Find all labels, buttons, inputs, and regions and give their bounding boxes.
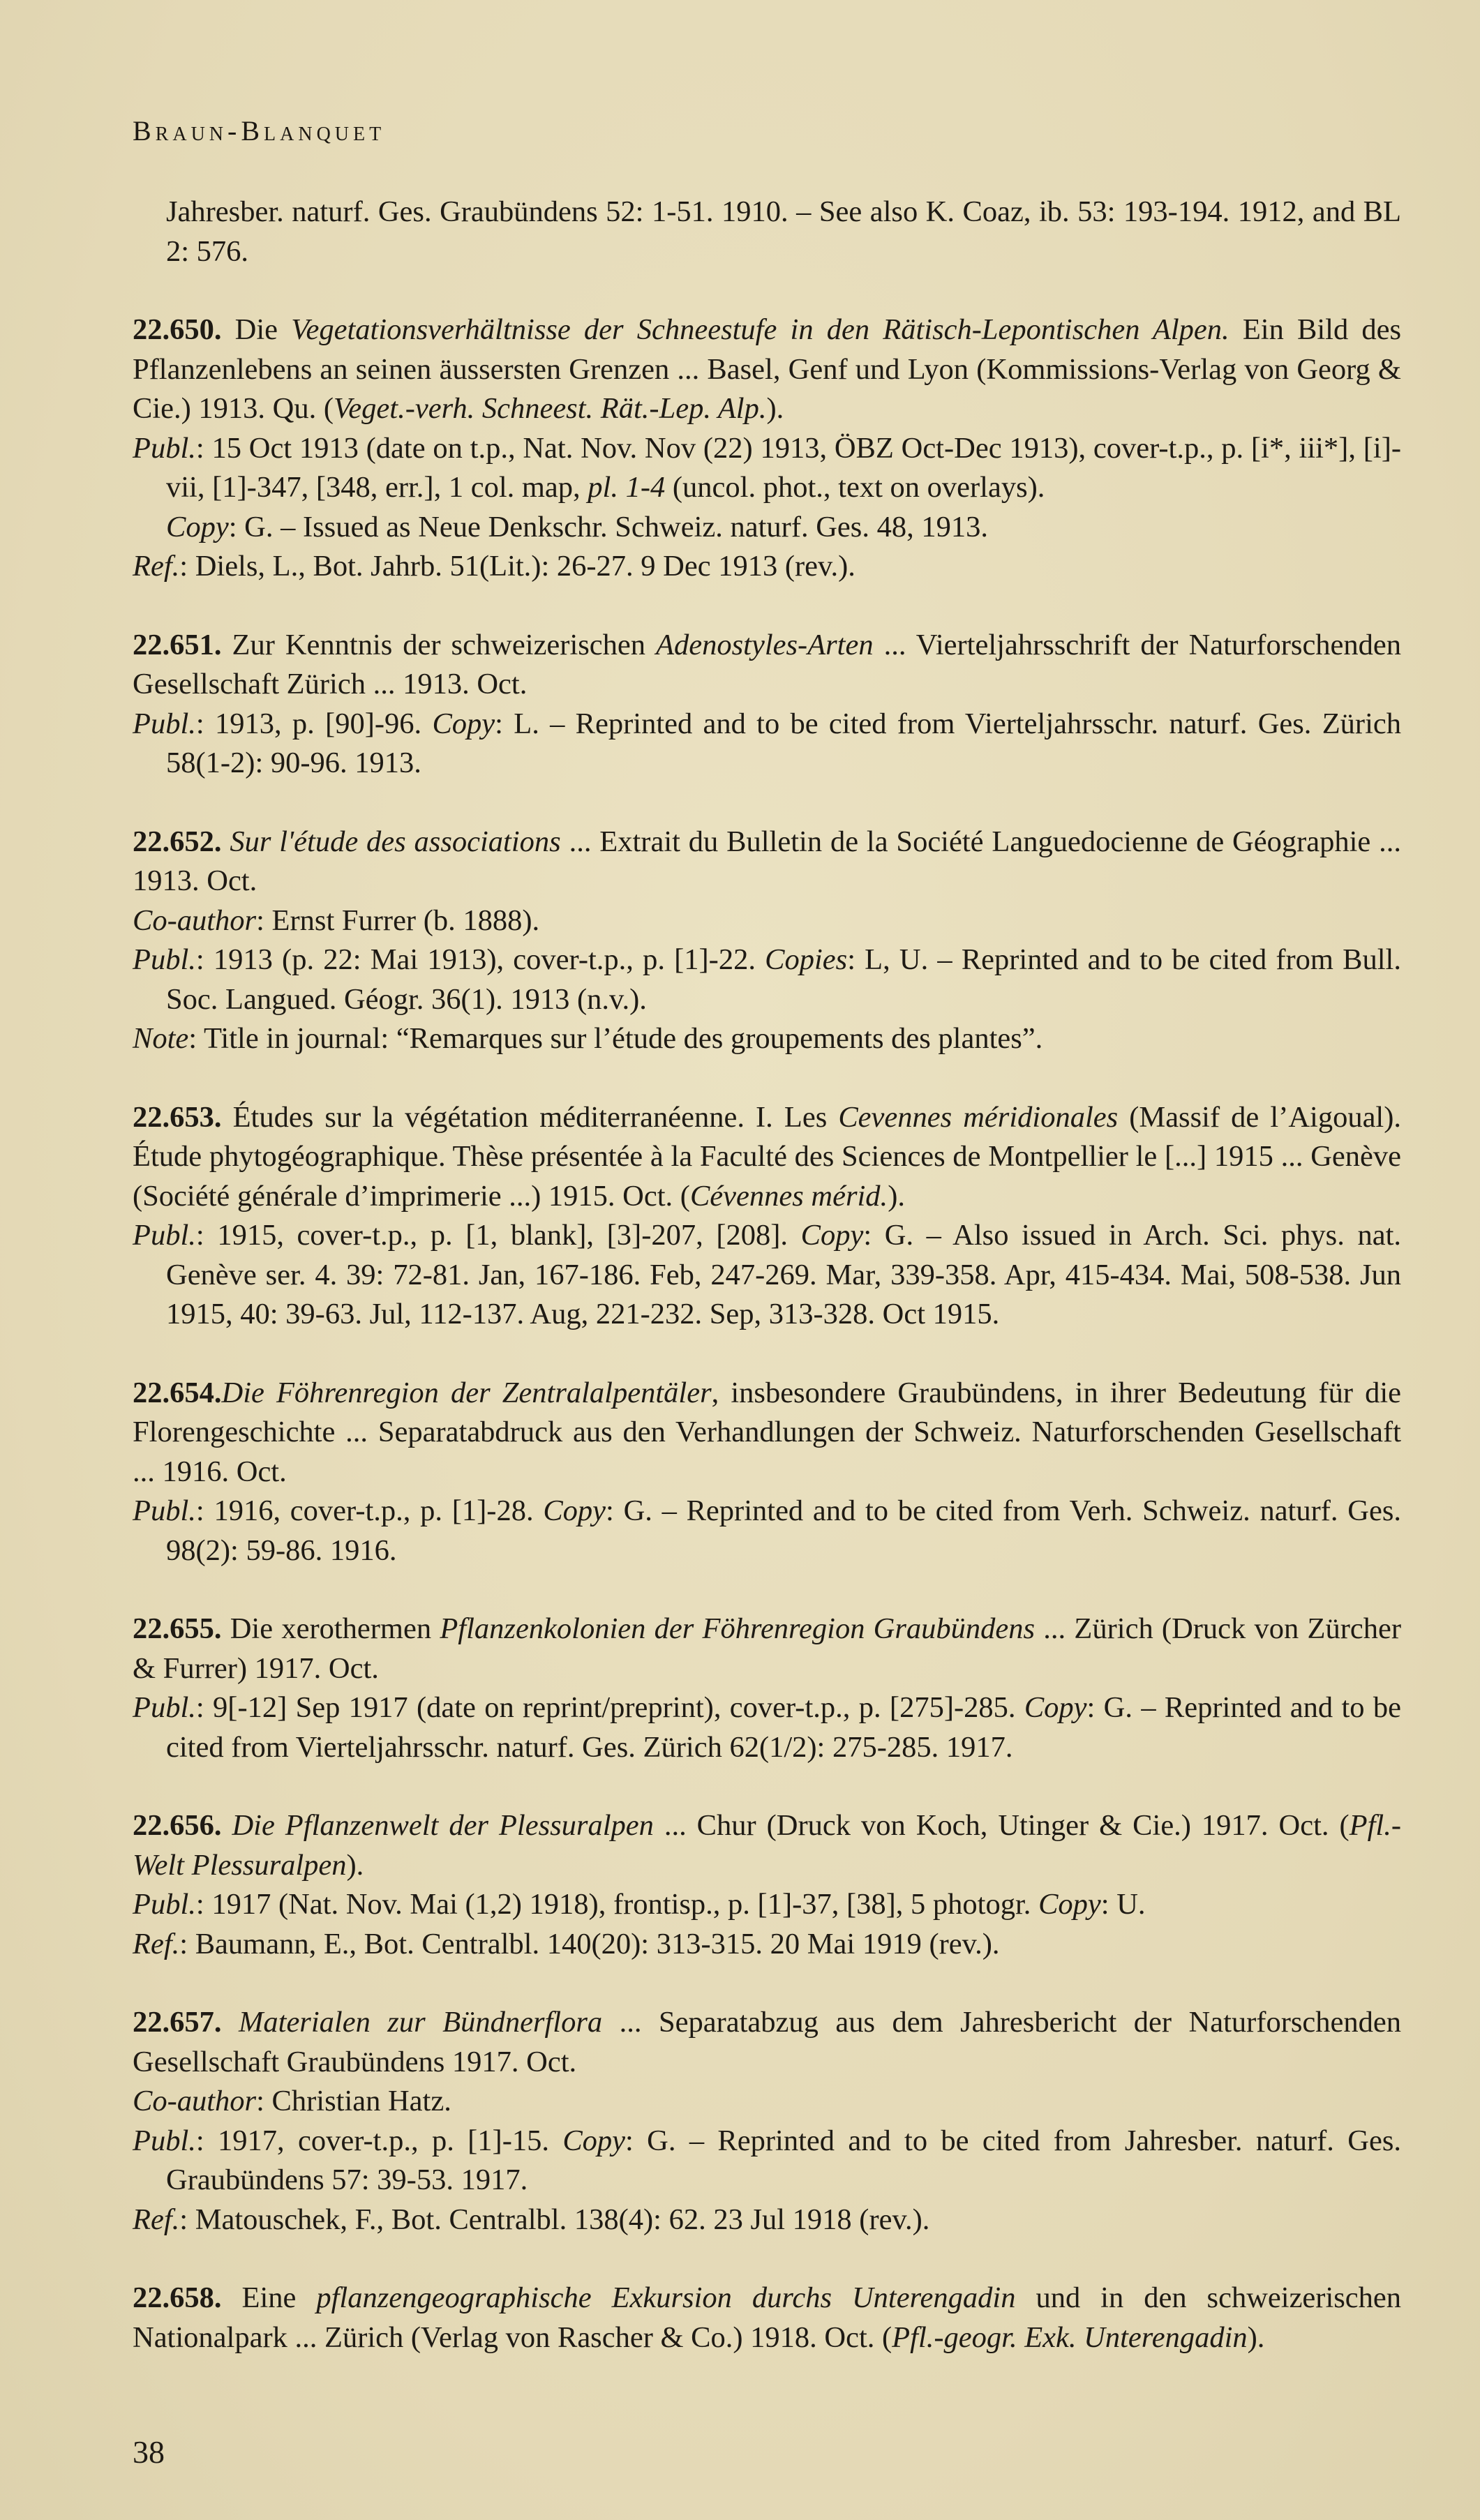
publ-label: Publ. bbox=[133, 1691, 196, 1724]
coauthor-line: Co-author: Ernst Furrer (b. 1888). bbox=[133, 901, 1401, 941]
publ-text: : 1917, cover-t.p., p. [1]-15. bbox=[196, 2124, 562, 2157]
continuation-text: Jahresber. naturf. Ges. Graubündens 52: … bbox=[133, 193, 1401, 271]
ref-label: Ref. bbox=[133, 550, 179, 583]
short-title-close: ). bbox=[347, 1849, 364, 1882]
title-text: Die bbox=[235, 313, 278, 346]
publ-text: : 1917 (Nat. Nov. Mai (1,2) 1918), front… bbox=[196, 1888, 1038, 1921]
entry-22-658: 22.658. Eine pflanzengeographische Exkur… bbox=[133, 2279, 1401, 2357]
short-title-close: ). bbox=[888, 1180, 905, 1213]
reference-line: Ref.: Baumann, E., Bot. Centralbl. 140(2… bbox=[133, 1925, 1401, 1965]
publication-line: Publ.: 15 Oct 1913 (date on t.p., Nat. N… bbox=[133, 429, 1401, 548]
entry-22-654: 22.654.Die Föhrenregion der Zentralalpen… bbox=[133, 1374, 1401, 1571]
entry-title: 22.655. Die xerothermen Pflanzenkolonien… bbox=[133, 1610, 1401, 1688]
running-head: Braun-Blanquet bbox=[133, 112, 1401, 151]
entry-number: 22.655. bbox=[133, 1612, 222, 1645]
publ-label: Publ. bbox=[133, 707, 196, 740]
ref-text: : Baumann, E., Bot. Centralbl. 140(20): … bbox=[179, 1928, 999, 1960]
publ-label: Publ. bbox=[133, 432, 196, 465]
short-title: Cévennes mérid. bbox=[690, 1180, 888, 1213]
note-line: Note: Title in journal: “Remarques sur l… bbox=[133, 1019, 1401, 1059]
note-label: Note bbox=[133, 1022, 188, 1055]
publ-text: : 9[-12] Sep 1917 (date on reprint/prepr… bbox=[196, 1691, 1024, 1724]
publication-line: Publ.: 1913, p. [90]-96. Copy: L. – Repr… bbox=[133, 705, 1401, 783]
publ-label: Publ. bbox=[133, 1219, 196, 1252]
title-italic: Adenostyles-Arten bbox=[656, 629, 874, 661]
entry-number: 22.654. bbox=[133, 1377, 222, 1409]
copy-text: : U. bbox=[1101, 1888, 1146, 1921]
publication-line: Publ.: 1915, cover-t.p., p. [1, blank], … bbox=[133, 1216, 1401, 1335]
coauthor-label: Co-author bbox=[133, 904, 256, 937]
title-text: Die xerothermen bbox=[230, 1612, 431, 1645]
copy-label: Copy bbox=[543, 1494, 606, 1527]
entry-title: 22.650. Die Vegetationsverhältnisse der … bbox=[133, 310, 1401, 429]
publication-line: Publ.: 1917, cover-t.p., p. [1]-15. Copy… bbox=[133, 2122, 1401, 2200]
coauthor-line: Co-author: Christian Hatz. bbox=[133, 2082, 1401, 2122]
publication-line: Publ.: 1913 (p. 22: Mai 1913), cover-t.p… bbox=[133, 940, 1401, 1019]
publ-text: : 1913 (p. 22: Mai 1913), cover-t.p., p.… bbox=[196, 943, 765, 976]
title-italic: Die Föhrenregion der Zentralalpentäler bbox=[222, 1377, 712, 1409]
entry-title: 22.651. Zur Kenntnis der schweizerischen… bbox=[133, 626, 1401, 705]
coauthor-text: : Ernst Furrer (b. 1888). bbox=[256, 904, 539, 937]
title-italic: Die Pflanzenwelt der Plessuralpen bbox=[232, 1809, 653, 1842]
entry-22-653: 22.653. Études sur la végétation méditer… bbox=[133, 1098, 1401, 1335]
ref-label: Ref. bbox=[133, 2203, 179, 2236]
entry-22-656: 22.656. Die Pflanzenwelt der Plessuralpe… bbox=[133, 1806, 1401, 1964]
copy-label: Copy bbox=[1024, 1691, 1087, 1724]
short-title-close: ). bbox=[766, 392, 784, 425]
short-title: Pfl.-geogr. Exk. Unterengadin bbox=[892, 2321, 1247, 2354]
title-italic: Cevennes méridionales bbox=[838, 1101, 1118, 1134]
entry-number: 22.657. bbox=[133, 2006, 222, 2039]
publication-line: Publ.: 9[-12] Sep 1917 (date on reprint/… bbox=[133, 1688, 1401, 1767]
publ-text: : 1915, cover-t.p., p. [1, blank], [3]-2… bbox=[196, 1219, 801, 1252]
entry-22-657: 22.657. Materialen zur Bündnerflora ... … bbox=[133, 2003, 1401, 2240]
entry-22-651: 22.651. Zur Kenntnis der schweizerischen… bbox=[133, 626, 1401, 783]
title-italic: pflanzengeographische Exkursion durchs U… bbox=[316, 2281, 1015, 2314]
entry-number: 22.650. bbox=[133, 313, 222, 346]
copy-label: Copies bbox=[765, 943, 847, 976]
page-number: 38 bbox=[133, 2433, 165, 2470]
copy-label: Copy bbox=[432, 707, 495, 740]
title-text: Zur Kenntnis der schweizerischen bbox=[232, 629, 646, 661]
short-title-close: ). bbox=[1248, 2321, 1265, 2354]
plates-italic: pl. 1-4 bbox=[588, 471, 665, 504]
publication-line: Publ.: 1917 (Nat. Nov. Mai (1,2) 1918), … bbox=[133, 1885, 1401, 1925]
entry-22-652: 22.652. Sur l'étude des associations ...… bbox=[133, 823, 1401, 1059]
publication-line: Publ.: 1916, cover-t.p., p. [1]-28. Copy… bbox=[133, 1492, 1401, 1570]
short-title: Veget.-verh. Schneest. Rät.-Lep. Alp. bbox=[334, 392, 766, 425]
entry-number: 22.653. bbox=[133, 1101, 222, 1134]
title-italic: Vegetationsverhältnisse der Schneestufe … bbox=[291, 313, 1229, 346]
title-text: Études sur la végétation méditerranéenne… bbox=[233, 1101, 828, 1134]
publ-label: Publ. bbox=[133, 943, 196, 976]
copy-label: Copy bbox=[166, 511, 229, 543]
copy-label: Copy bbox=[801, 1219, 864, 1252]
page-body: Braun-Blanquet Jahresber. naturf. Ges. G… bbox=[133, 112, 1401, 2397]
entry-title: 22.657. Materialen zur Bündnerflora ... … bbox=[133, 2003, 1401, 2082]
note-text: : Title in journal: “Remarques sur l’étu… bbox=[188, 1022, 1042, 1055]
entry-title: 22.653. Études sur la végétation méditer… bbox=[133, 1098, 1401, 1217]
title-italic: Pflanzenkolonien der Föhrenregion Graubü… bbox=[440, 1612, 1035, 1645]
entry-title: 22.652. Sur l'étude des associations ...… bbox=[133, 823, 1401, 901]
ref-text: : Diels, L., Bot. Jahrb. 51(Lit.): 26-27… bbox=[179, 550, 855, 583]
reference-line: Ref.: Matouschek, F., Bot. Centralbl. 13… bbox=[133, 2200, 1401, 2240]
ref-text: : Matouschek, F., Bot. Centralbl. 138(4)… bbox=[179, 2203, 929, 2236]
publ-label: Publ. bbox=[133, 1888, 196, 1921]
entry-number: 22.652. bbox=[133, 825, 222, 858]
entry-number: 22.656. bbox=[133, 1809, 222, 1842]
copy-label: Copy bbox=[562, 2124, 625, 2157]
coauthor-label: Co-author bbox=[133, 2085, 256, 2117]
title-rest: ... Chur (Druck von Koch, Utinger & Cie.… bbox=[664, 1809, 1350, 1842]
entry-number: 22.658. bbox=[133, 2281, 222, 2314]
entry-number: 22.651. bbox=[133, 629, 222, 661]
copy-label: Copy bbox=[1038, 1888, 1101, 1921]
copy-text: : G. – Issued as Neue Denkschr. Schweiz.… bbox=[229, 511, 988, 543]
publ-label: Publ. bbox=[133, 1494, 196, 1527]
ref-label: Ref. bbox=[133, 1928, 179, 1960]
entry-title: 22.658. Eine pflanzengeographische Exkur… bbox=[133, 2279, 1401, 2357]
title-text: Eine bbox=[241, 2281, 296, 2314]
entry-22-650: 22.650. Die Vegetationsverhältnisse der … bbox=[133, 310, 1401, 587]
publ-label: Publ. bbox=[133, 2124, 196, 2157]
coauthor-text: : Christian Hatz. bbox=[256, 2085, 451, 2117]
publ-text: : 1916, cover-t.p., p. [1]-28. bbox=[196, 1494, 543, 1527]
entry-22-655: 22.655. Die xerothermen Pflanzenkolonien… bbox=[133, 1610, 1401, 1767]
reference-line: Ref.: Diels, L., Bot. Jahrb. 51(Lit.): 2… bbox=[133, 547, 1401, 587]
entry-title: 22.654.Die Föhrenregion der Zentralalpen… bbox=[133, 1374, 1401, 1492]
title-italic: Materialen zur Bündnerflora bbox=[239, 2006, 602, 2039]
publ-text: : 1913, p. [90]-96. bbox=[196, 707, 433, 740]
entry-title: 22.656. Die Pflanzenwelt der Plessuralpe… bbox=[133, 1806, 1401, 1885]
title-italic: Sur l'étude des associations bbox=[230, 825, 560, 858]
publ-rest: (uncol. phot., text on overlays). bbox=[665, 471, 1045, 504]
